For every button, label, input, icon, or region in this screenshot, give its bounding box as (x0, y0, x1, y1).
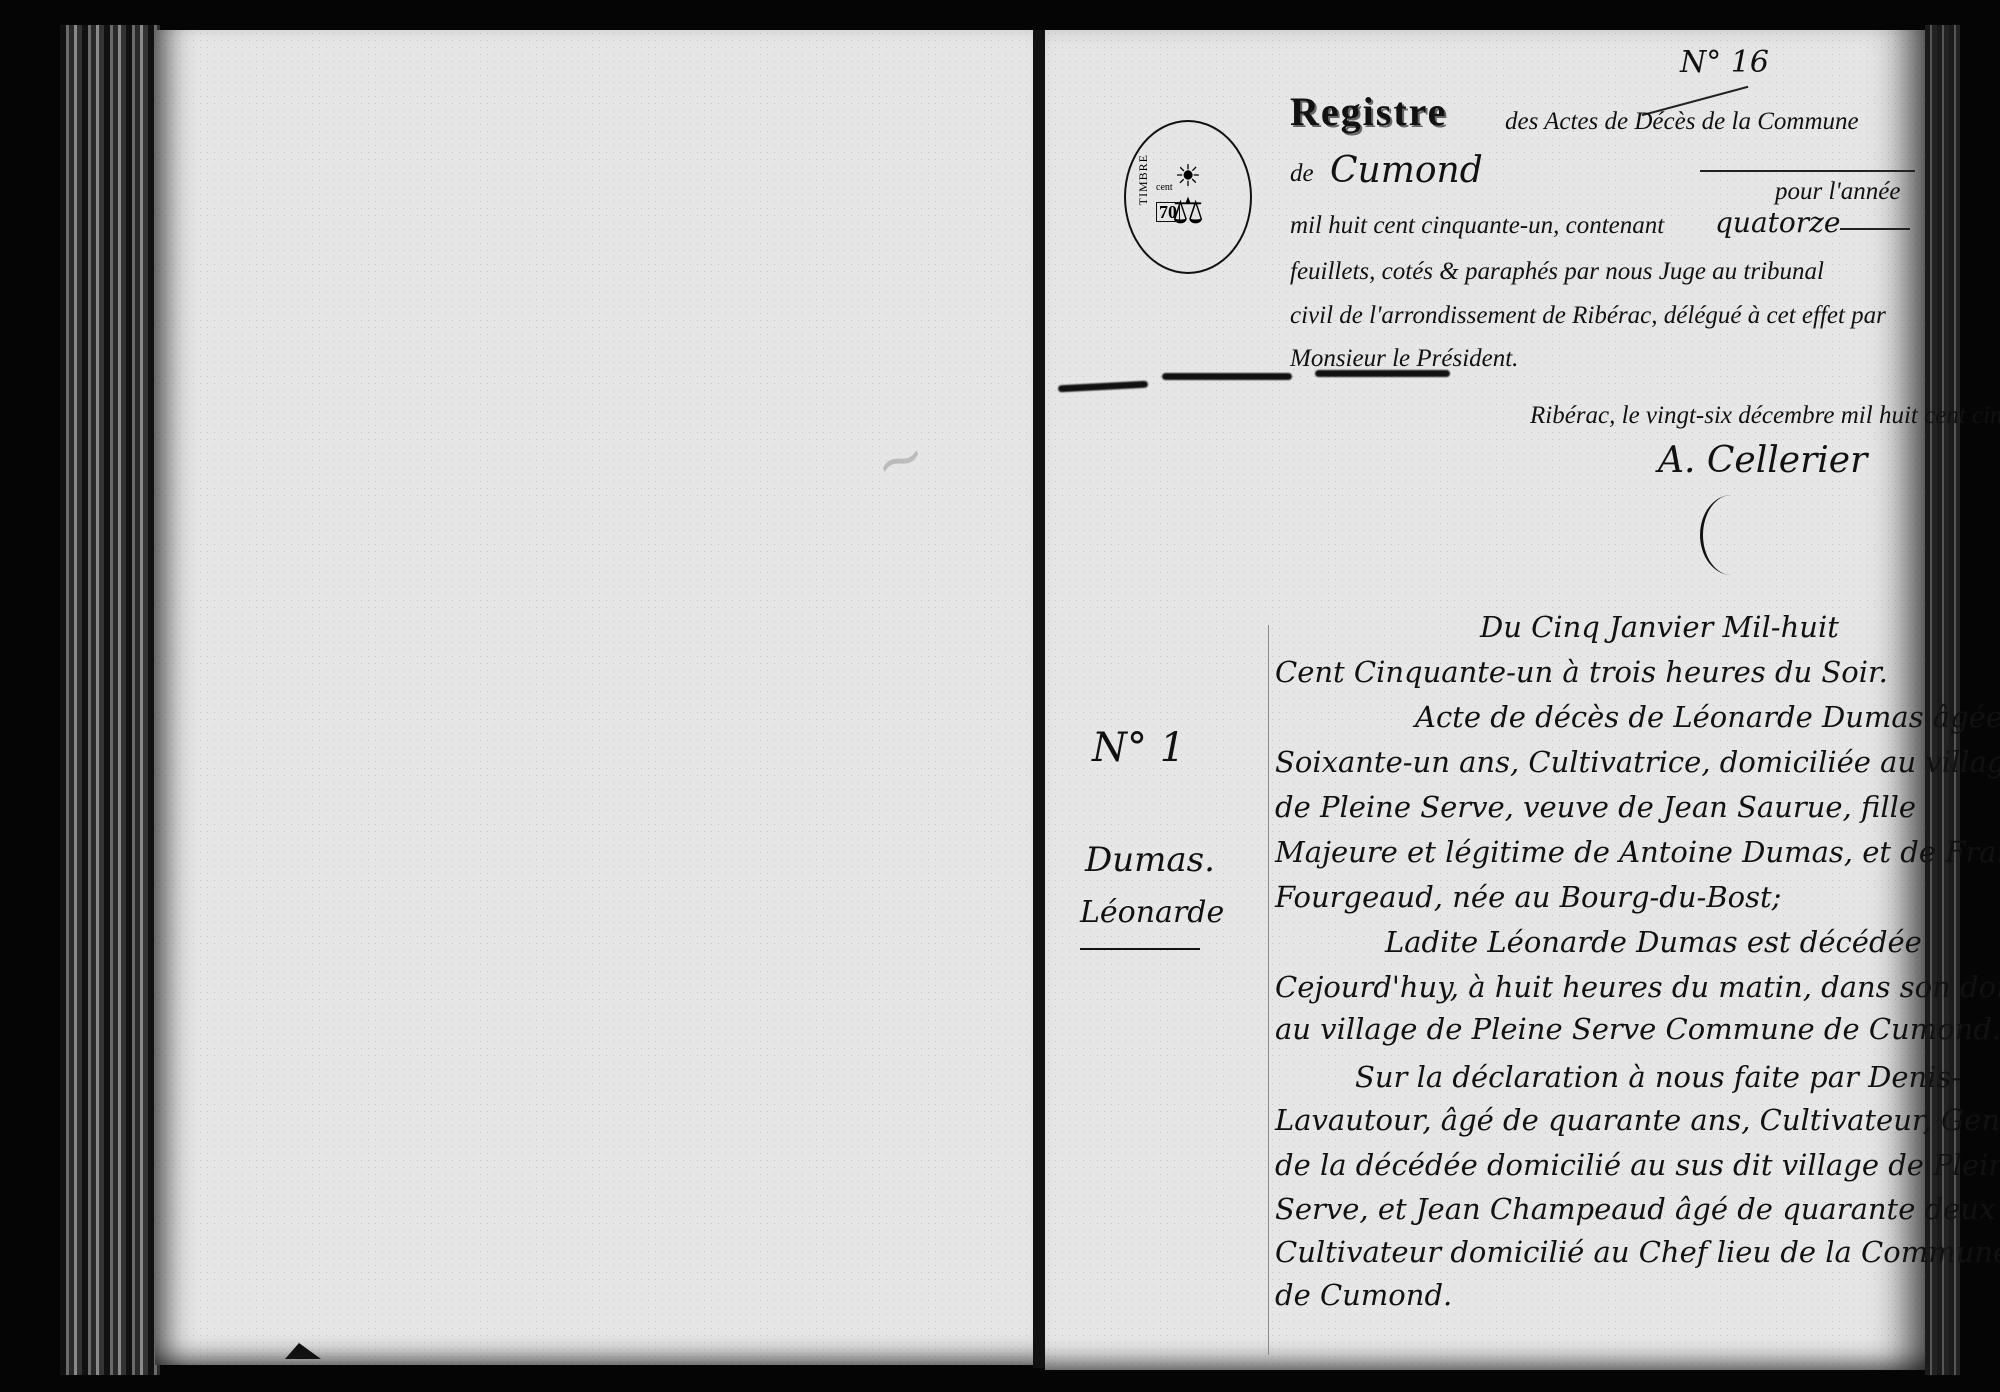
book-page-edges-left (60, 25, 160, 1375)
entry-surname: Dumas. (1085, 840, 1215, 880)
signature-flourish (1700, 495, 1763, 575)
entry-line: de la décédée domicilié au sus dit villa… (1275, 1148, 2000, 1182)
folio-number: N° 16 (1680, 45, 1769, 80)
stamp-denomination: 70 (1156, 202, 1180, 222)
header-line2-prefix: de (1290, 160, 1314, 188)
fill-line (1840, 228, 1910, 230)
entry-line: Soixante-un ans, Cultivatrice, domicilié… (1275, 745, 2000, 779)
header-line6: Monsieur le Président. (1290, 345, 1518, 373)
stamp-unit: cent (1156, 182, 1173, 193)
place-date: Ribérac, le vingt-six décembre mil huit … (1530, 402, 2000, 430)
stamp-label: TIMBRE (1136, 154, 1151, 205)
timbre-stamp: TIMBRE cent 70 ☀ ⚖ (1124, 120, 1252, 274)
entry-line: Acte de décès de Léonarde Dumas âgée (1415, 700, 2000, 734)
entry-line: Cejourd'huy, à huit heures du matin, dan… (1275, 970, 2000, 1004)
corner-tab-mark (285, 1343, 321, 1359)
separator-dash (1315, 370, 1450, 377)
header-line3: mil huit cent cinquante-un, contenant (1290, 212, 1664, 240)
register-title: Registre (1290, 88, 1447, 135)
entry-line: Lavautour, âgé de quarante ans, Cultivat… (1275, 1103, 2000, 1137)
separator-dash (1162, 373, 1292, 380)
entry-line: Cultivateur domicilié au Chef lieu de la… (1275, 1235, 2000, 1269)
margin-rule (1268, 625, 1269, 1355)
left-page-blank: ~ (155, 30, 1035, 1365)
scan-background: ~ N° 16 TIMBRE cent 70 ☀ ⚖ Registre des … (0, 0, 2000, 1392)
entry-number: N° 1 (1092, 725, 1185, 771)
sun-rays-icon: ☀ (1175, 162, 1202, 192)
entry-line: Du Cinq Janvier Mil-huit (1480, 610, 1839, 644)
judge-signature: A. Cellerier (1658, 440, 1867, 481)
fill-line (1700, 170, 1915, 172)
faint-mark: ~ (865, 419, 936, 502)
entry-line: Sur la déclaration à nous faite par Deni… (1355, 1060, 1961, 1094)
entry-given-name: Léonarde (1080, 895, 1200, 950)
book-gutter (1033, 30, 1045, 1368)
entry-line: Majeure et légitime de Antoine Dumas, et… (1275, 835, 2000, 869)
entry-line: de Cumond. (1275, 1278, 1452, 1312)
leaf-count: quatorze (1715, 206, 1840, 239)
entry-line: au village de Pleine Serve Commune de Cu… (1275, 1012, 2000, 1046)
header-line5: civil de l'arrondissement de Ribérac, dé… (1290, 302, 1886, 330)
header-line2-suffix: pour l'année (1775, 178, 1900, 206)
header-line1: des Actes de Décès de la Commune (1505, 108, 1859, 136)
entry-line: Cent Cinquante-un à trois heures du Soir… (1275, 655, 1888, 689)
entry-line: Fourgeaud, née au Bourg-du-Bost; (1275, 880, 1781, 914)
entry-line: Serve, et Jean Champeaud âgé de quarante… (1275, 1192, 2000, 1226)
entry-line: Ladite Léonarde Dumas est décédée (1385, 925, 1922, 959)
commune-name: Cumond (1330, 150, 1483, 191)
entry-line: de Pleine Serve, veuve de Jean Saurue, f… (1275, 790, 1916, 824)
header-line4: feuillets, cotés & paraphés par nous Jug… (1290, 258, 1824, 286)
